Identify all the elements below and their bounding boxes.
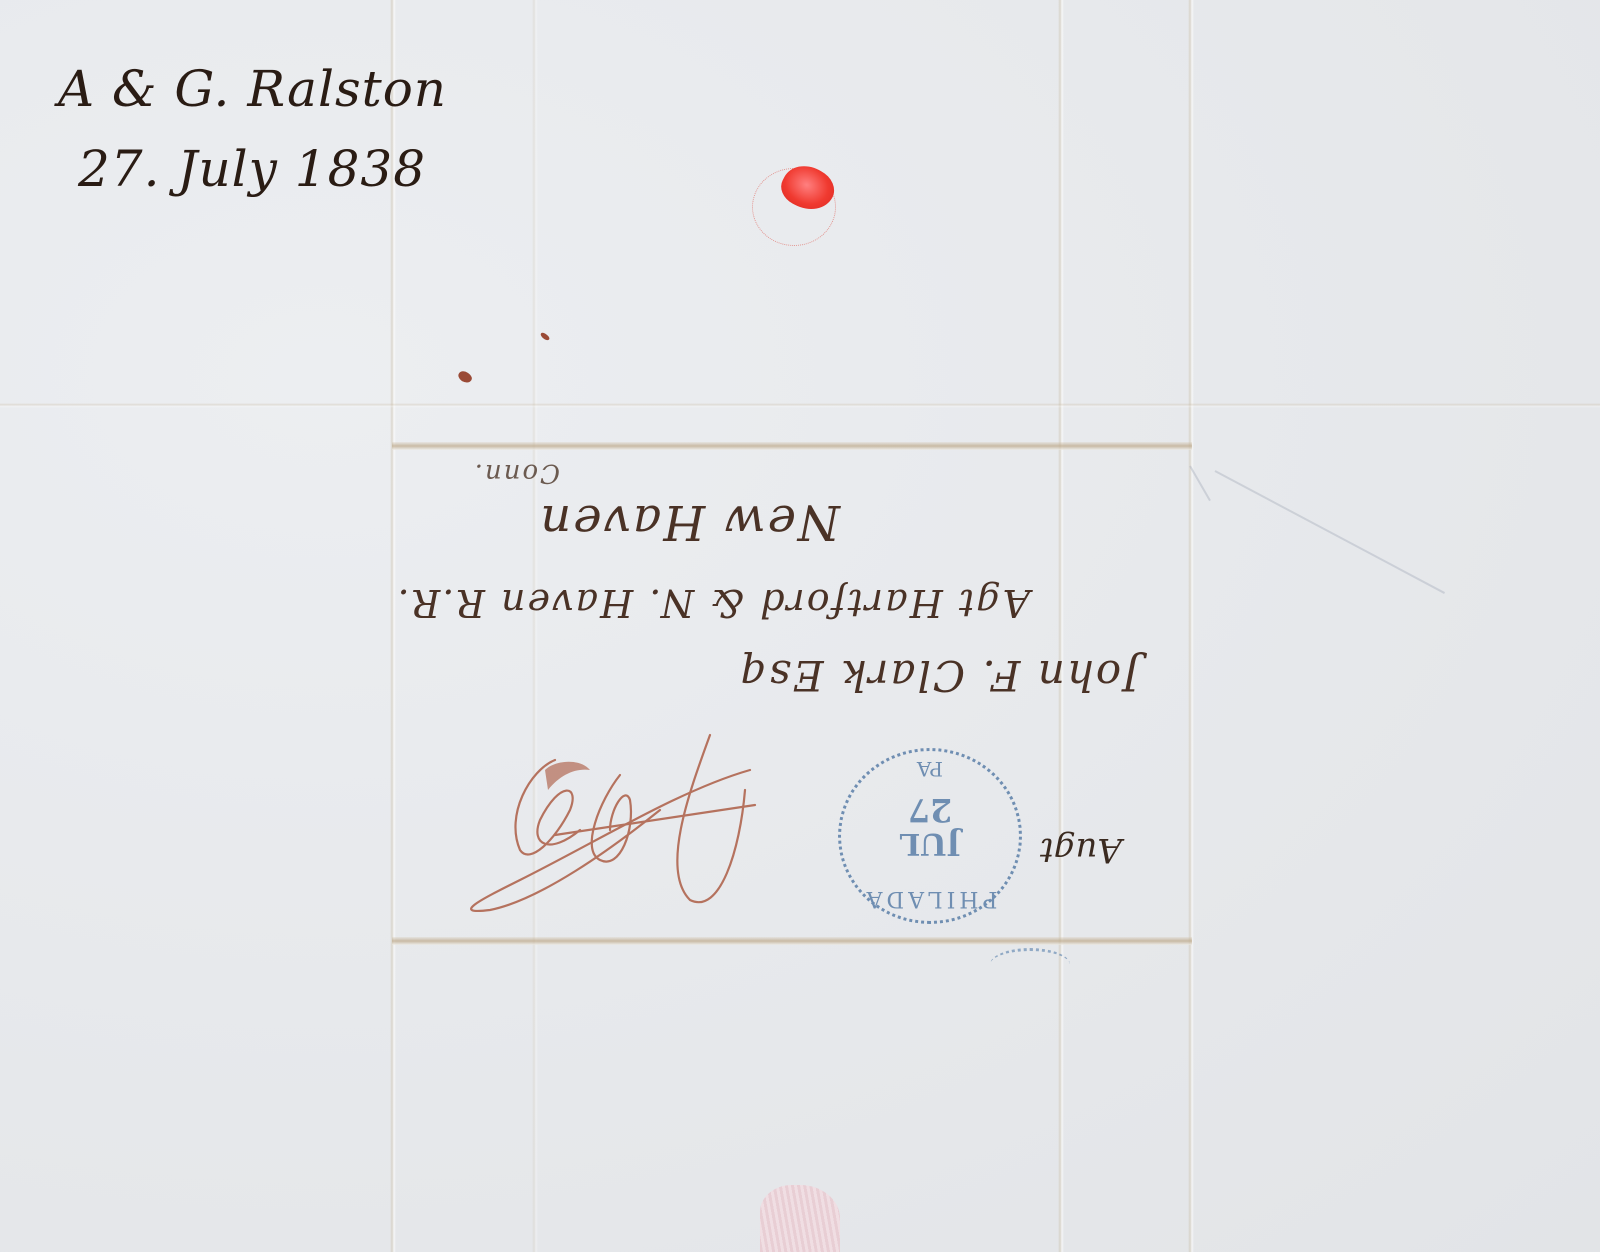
fold-line-vertical-right: [1188, 0, 1194, 1252]
fold-line-horizontal-address-bottom: [392, 937, 1192, 945]
address-line-city: New Haven: [538, 494, 840, 550]
postmark-partial-strike: [990, 948, 1070, 981]
paper-crease: [1215, 470, 1446, 594]
address-block: John F. Clark Esq Agt Hartford & N. Have…: [400, 450, 1160, 720]
ink-spot: [540, 331, 551, 341]
pink-wafer-remnant: [760, 1185, 840, 1252]
address-line-name: John F. Clark Esq: [739, 651, 1140, 700]
postmark-town: PHILADA: [841, 886, 1019, 911]
postmark-state: PA: [841, 757, 1019, 781]
fold-line-horizontal-address-top: [392, 442, 1192, 450]
address-line-state: Conn.: [473, 458, 560, 488]
manuscript-rate-marking: [460, 730, 760, 920]
manuscript-notation: Augt: [1040, 830, 1122, 870]
address-line-title: Agt Hartford & N. Haven R.R.: [396, 581, 1030, 625]
postmark-day: 27: [841, 791, 1019, 829]
fold-line-horizontal-upper: [0, 403, 1600, 408]
postmark-month: JUL: [841, 826, 1019, 861]
docket-date: 27. July 1838: [78, 140, 426, 198]
postmark-philadelphia: PHILADA JUL 27 PA: [838, 748, 1022, 924]
docket-sender: A & G. Ralston: [58, 60, 447, 118]
ink-spot: [456, 369, 473, 385]
letter-sheet: A & G. Ralston 27. July 1838 John F. Cla…: [0, 0, 1600, 1252]
